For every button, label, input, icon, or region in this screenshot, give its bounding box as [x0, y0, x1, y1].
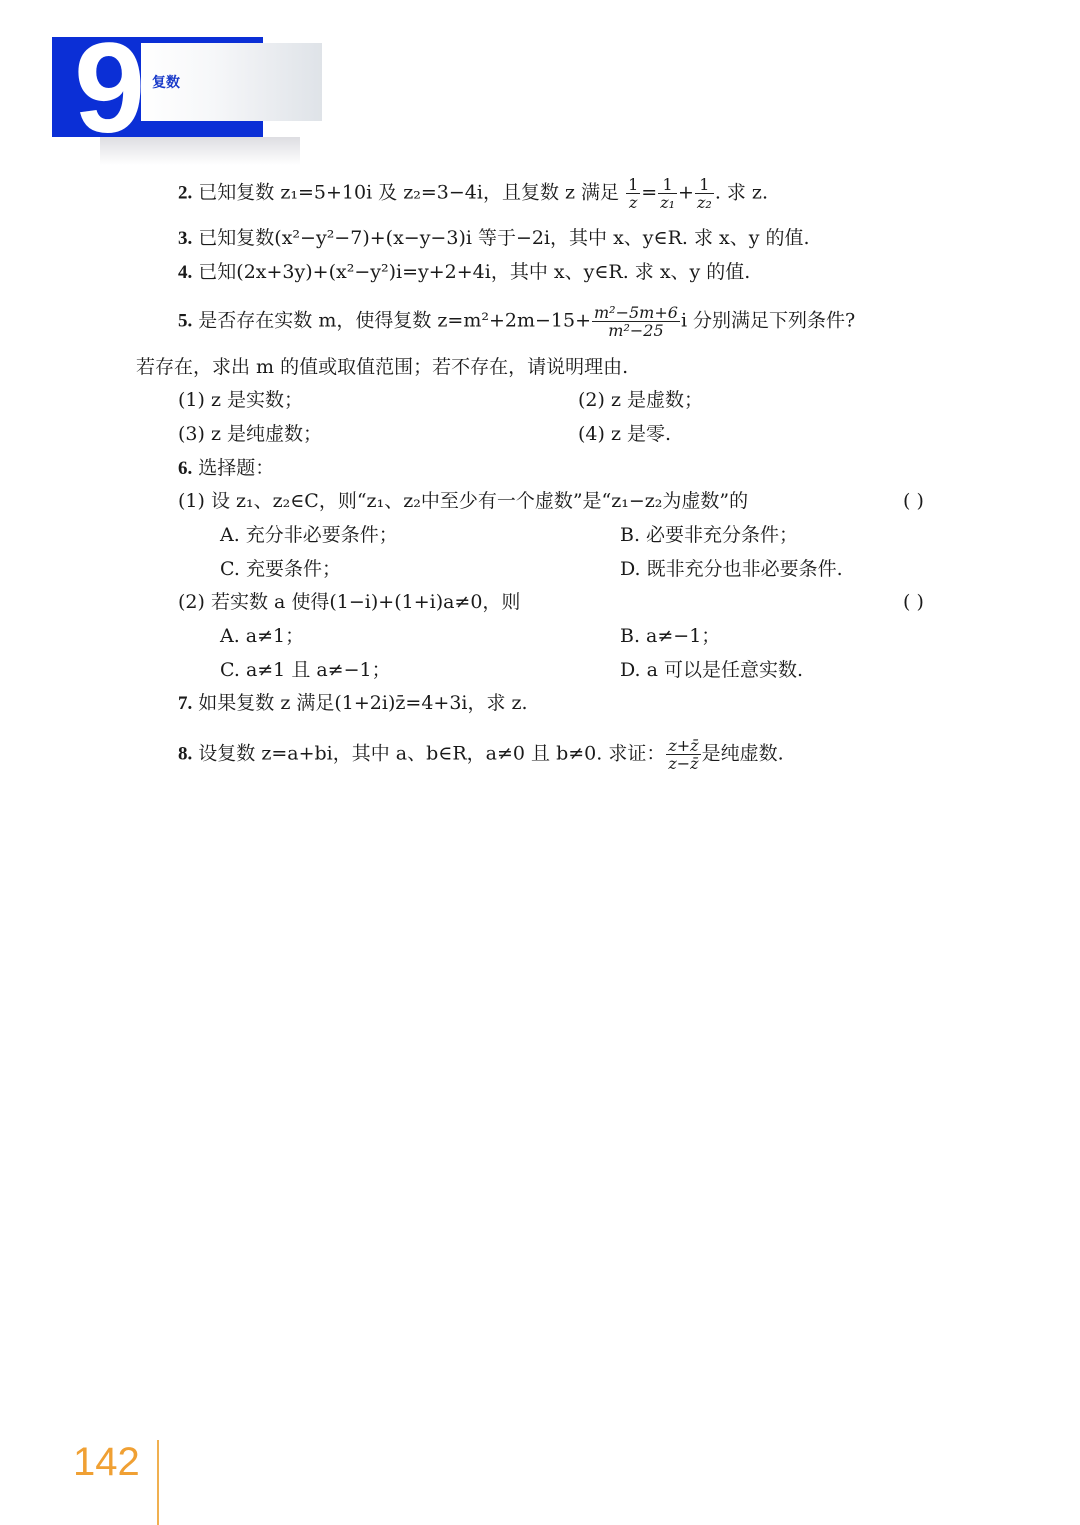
option-d: D. a 可以是任意实数. — [620, 658, 803, 682]
denominator: z₂ — [695, 194, 714, 211]
page-number: 142 — [73, 1440, 140, 1485]
fraction: 1z₁ — [658, 176, 677, 211]
option-a: A. 充分非必要条件； — [220, 523, 398, 547]
option-b: B. a≠−1； — [620, 624, 720, 648]
numerator: z+z̄ — [666, 737, 700, 755]
problem-text: 是纯虚数. — [702, 743, 784, 765]
question-2-stem: (2) 若实数 a 使得(1−i)+(1+i)a≠0，则 — [178, 590, 520, 614]
problem-text: . 求 z. — [715, 182, 768, 204]
chapter-number: 9 — [74, 25, 141, 153]
problem-3: 3. 已知复数(x²−y²−7)+(x−y−3)i 等于−2i，其中 x、y∈R… — [178, 226, 810, 251]
problem-number: 4. — [178, 262, 192, 283]
problem-text: 已知复数 z₁=5+10i 及 z₂=3−4i，且复数 z 满足 — [198, 182, 619, 204]
condition-3: (3) z 是纯虚数； — [178, 422, 322, 446]
problem-number: 2. — [178, 183, 192, 204]
denominator: z−z̄ — [666, 755, 700, 772]
option-a: A. a≠1； — [220, 624, 304, 648]
problem-2: 2. 已知复数 z₁=5+10i 及 z₂=3−4i，且复数 z 满足 1z=1… — [178, 176, 768, 211]
fraction: m²−5m+6m²−25 — [592, 304, 680, 339]
fraction: z+z̄z−z̄ — [666, 737, 700, 772]
condition-4: (4) z 是零. — [578, 422, 671, 446]
numerator: 1 — [695, 176, 714, 194]
answer-bracket: ( ) — [903, 590, 924, 614]
page-divider — [157, 1440, 159, 1525]
condition-2: (2) z 是虚数； — [578, 388, 703, 412]
problem-text: 如果复数 z 满足(1+2i)z̄=4+3i，求 z. — [198, 692, 527, 714]
denominator: z — [626, 194, 640, 211]
problem-text: 选择题： — [198, 457, 274, 479]
option-c: C. a≠1 且 a≠−1； — [220, 658, 391, 682]
problem-text: 设复数 z=a+bi，其中 a、b∈R，a≠0 且 b≠0. 求证： — [198, 743, 665, 765]
denominator: m²−25 — [592, 322, 680, 339]
problem-number: 6. — [178, 458, 192, 479]
fraction: 1z₂ — [695, 176, 714, 211]
option-d: D. 既非充分也非必要条件. — [620, 557, 843, 581]
condition-1: (1) z 是实数； — [178, 388, 303, 412]
problem-number: 8. — [178, 744, 192, 765]
question-1-stem: (1) 设 z₁、z₂∈C，则“z₁、z₂中至少有一个虚数”是“z₁−z₂为虚数… — [178, 489, 748, 513]
problem-text: 是否存在实数 m，使得复数 z=m²+2m−15+ — [198, 310, 591, 332]
problem-number: 7. — [178, 693, 192, 714]
option-c: C. 充要条件； — [220, 557, 341, 581]
chapter-title: 复数 — [152, 72, 180, 92]
option-b: B. 必要非充分条件； — [620, 523, 798, 547]
answer-bracket: ( ) — [903, 489, 924, 513]
numerator: 1 — [658, 176, 677, 194]
problem-7: 7. 如果复数 z 满足(1+2i)z̄=4+3i，求 z. — [178, 691, 528, 716]
problem-5-continued: 若存在，求出 m 的值或取值范围；若不存在，请说明理由. — [136, 355, 628, 379]
problem-6: 6. 选择题： — [178, 456, 274, 481]
numerator: m²−5m+6 — [592, 304, 680, 322]
problem-8: 8. 设复数 z=a+bi，其中 a、b∈R，a≠0 且 b≠0. 求证：z+z… — [178, 737, 784, 772]
denominator: z₁ — [658, 194, 677, 211]
numerator: 1 — [626, 176, 640, 194]
fraction: 1z — [626, 176, 640, 211]
operator: + — [678, 182, 694, 204]
problem-number: 5. — [178, 311, 192, 332]
operator: = — [641, 182, 657, 204]
problem-text: 已知复数(x²−y²−7)+(x−y−3)i 等于−2i，其中 x、y∈R. 求… — [198, 227, 809, 249]
problem-4: 4. 已知(2x+3y)+(x²−y²)i=y+2+4i，其中 x、y∈R. 求… — [178, 260, 750, 285]
problem-text: i 分别满足下列条件? — [681, 310, 855, 332]
problem-number: 3. — [178, 228, 192, 249]
problem-5: 5. 是否存在实数 m，使得复数 z=m²+2m−15+m²−5m+6m²−25… — [178, 304, 855, 339]
problem-text: 已知(2x+3y)+(x²−y²)i=y+2+4i，其中 x、y∈R. 求 x、… — [198, 261, 750, 283]
